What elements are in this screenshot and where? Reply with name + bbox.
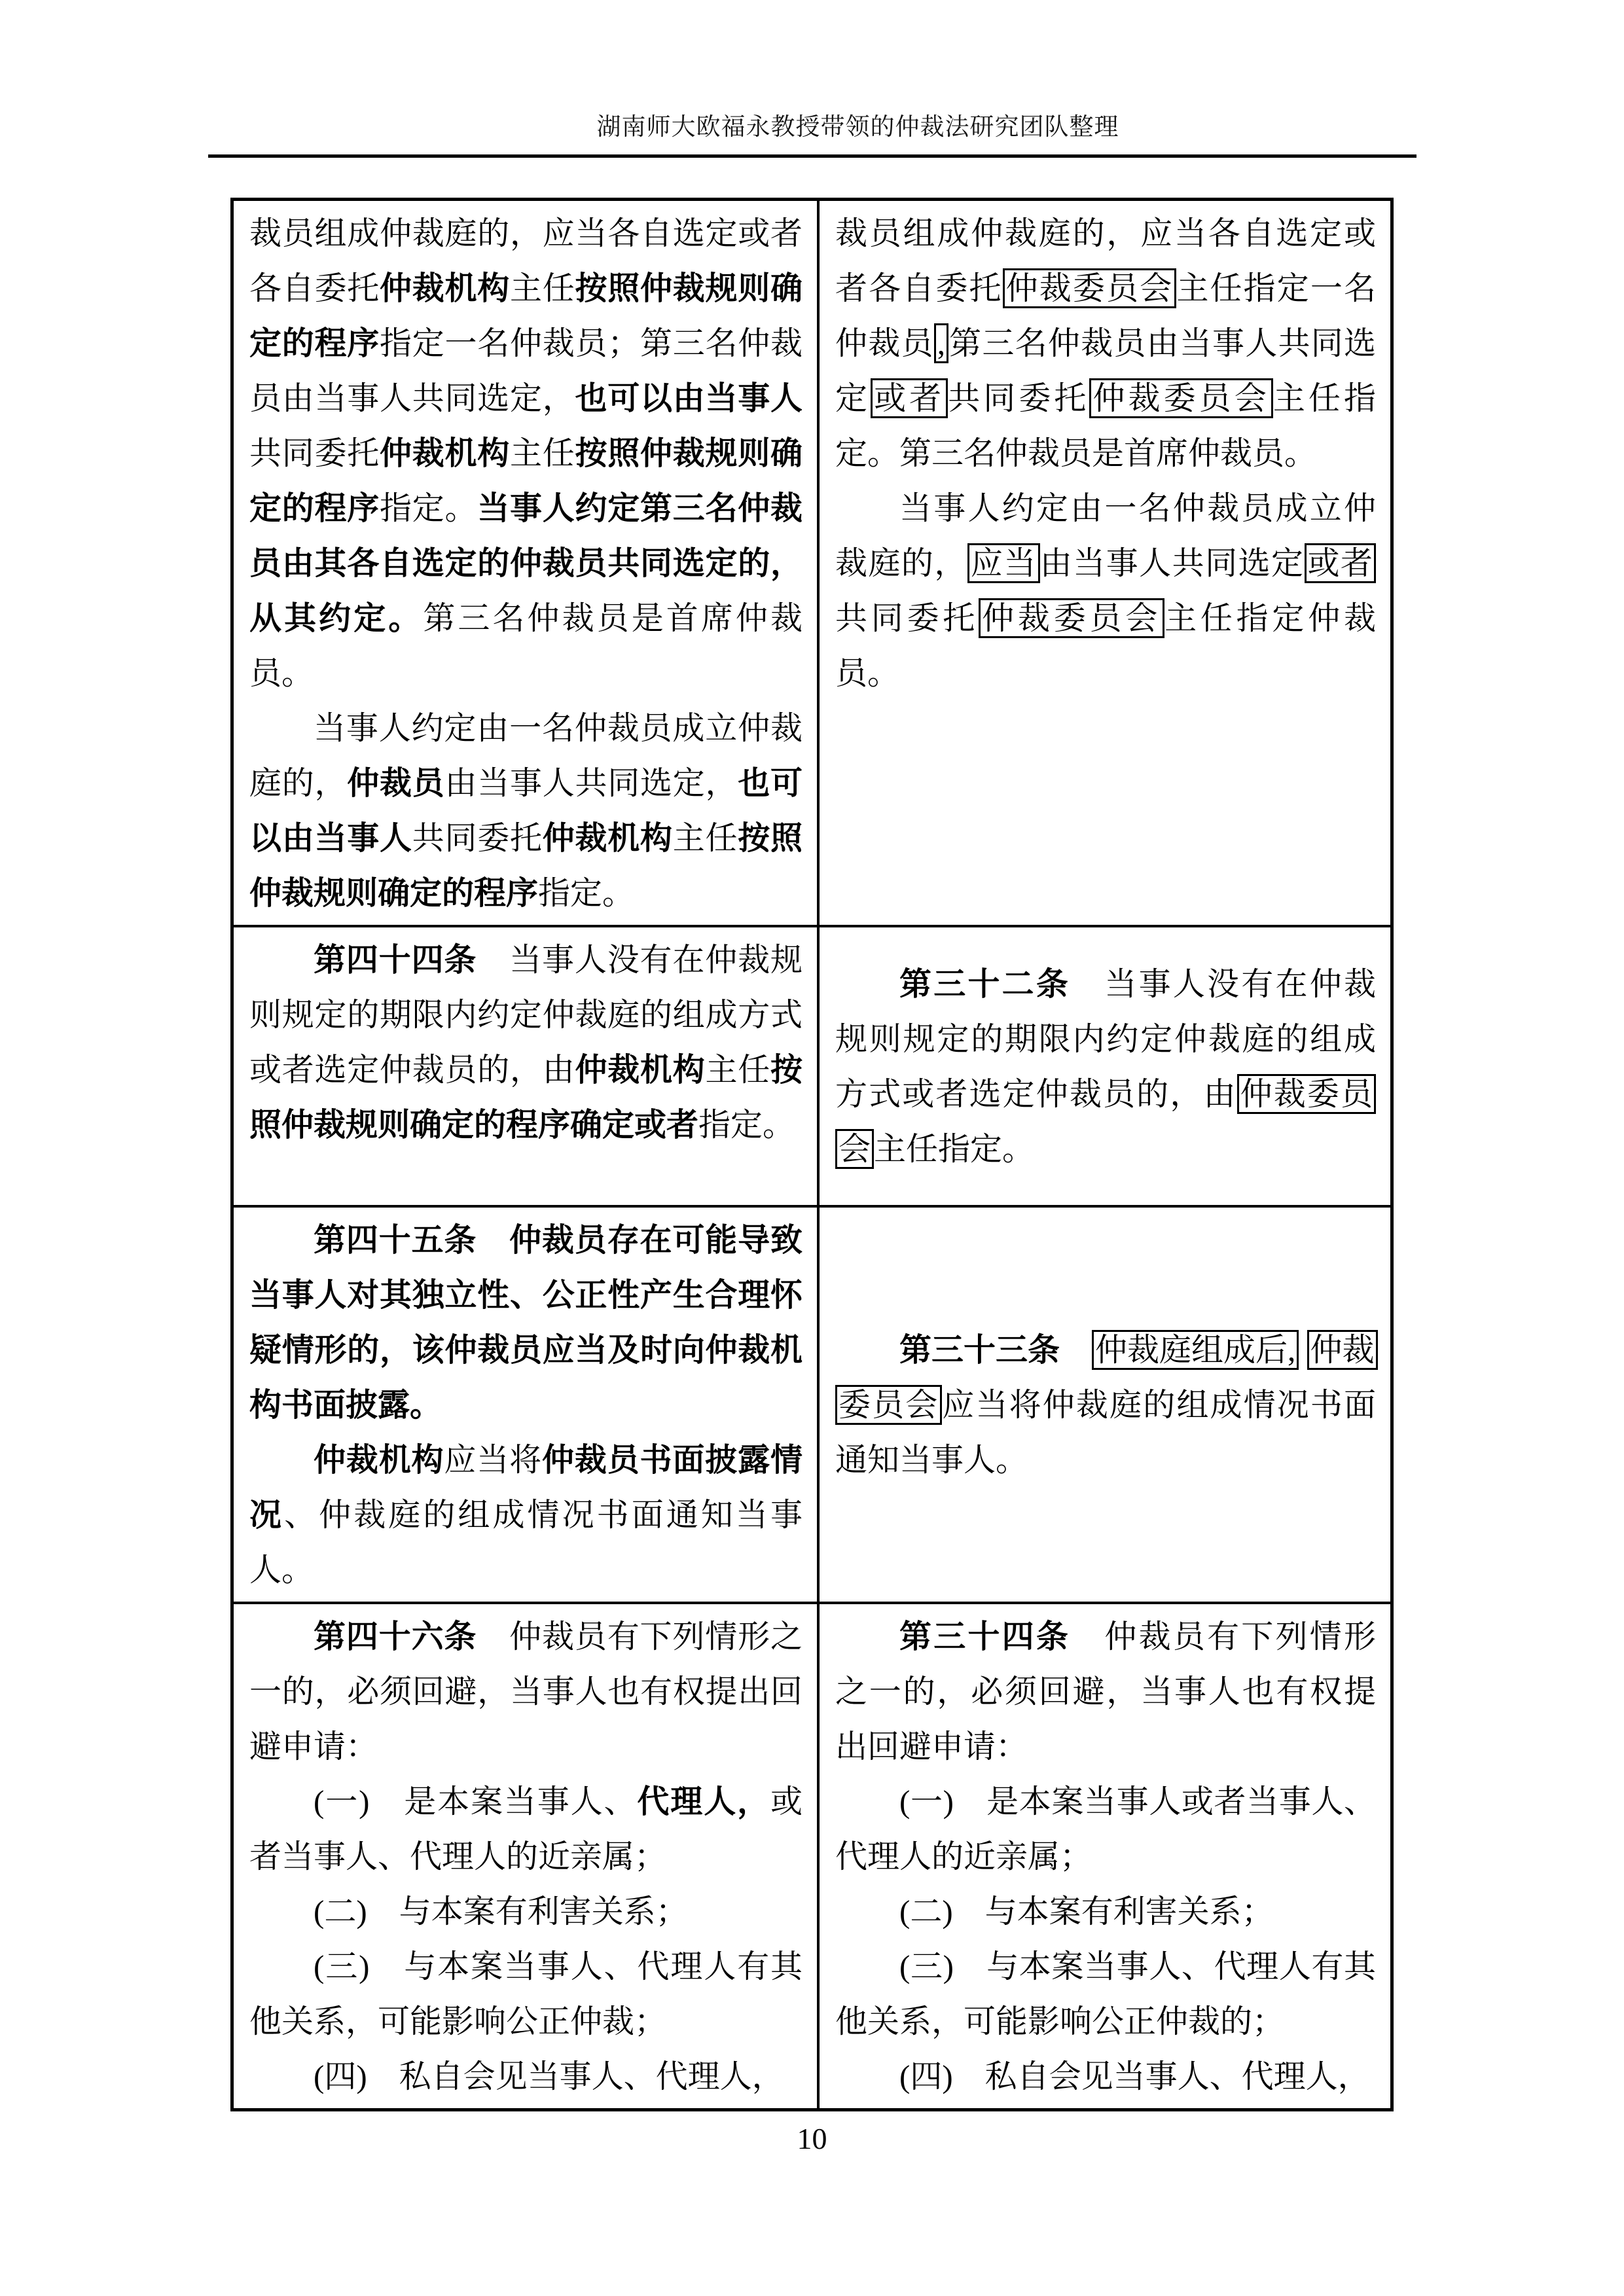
paragraph: (二) 与本案有利害关系； — [835, 1884, 1376, 1939]
paragraph: (四) 私自会见当事人、代理人， — [835, 2049, 1376, 2104]
table-row-1: 裁员组成仲裁庭的，应当各自选定或者各自委托仲裁机构主任按照仲裁规则确定的程序指定… — [234, 201, 1390, 927]
boxed-text-segment: 仲裁委员会 — [1089, 378, 1272, 418]
paragraph: 第四十四条 当事人没有在仲裁规则规定的期限内约定仲裁庭的组成方式或者选定仲裁员的… — [249, 933, 803, 1153]
text-segment: 由当事人共同选定 — [1040, 545, 1305, 581]
paragraph: 第四十六条 仲裁员有下列情形之一的，必须回避，当事人也有权提出回避申请： — [249, 1609, 803, 1774]
bold-text-segment: 第三十三条 — [899, 1332, 1092, 1368]
bold-text-segment: 代理人， — [637, 1784, 770, 1820]
text-segment: 指定。 — [698, 1107, 795, 1143]
boxed-text-segment: , — [934, 323, 948, 363]
bold-text-segment: 仲裁机构 — [380, 435, 510, 471]
bold-text-segment: 第四十四条 — [314, 942, 509, 978]
text-segment: 、仲裁庭的组成情况书面通知当事人。 — [249, 1497, 803, 1588]
paragraph: 仲裁机构应当将仲裁员书面披露情况、仲裁庭的组成情况书面通知当事人。 — [249, 1433, 803, 1598]
table-cell-row1-right: 裁员组成仲裁庭的，应当各自选定或者各自委托仲裁委员会主任指定一名仲裁员,第三名仲… — [817, 201, 1390, 925]
paragraph: (一) 是本案当事人、代理人，或者当事人、代理人的近亲属； — [249, 1774, 803, 1884]
text-segment: 主任 — [705, 1052, 770, 1088]
paragraph: 当事人约定由一名仲裁员成立仲裁庭的，应当由当事人共同选定或者共同委托仲裁委员会主… — [835, 481, 1376, 701]
text-segment: (四) 私自会见当事人、代理人， — [314, 2058, 784, 2094]
paragraph: (四) 私自会见当事人、代理人， — [249, 2049, 803, 2104]
page-number: 10 — [0, 2119, 1624, 2159]
paragraph: 第四十五条 仲裁员存在可能导致当事人对其独立性、公正性产生合理怀疑情形的，该仲裁… — [249, 1213, 803, 1433]
boxed-text-segment: 或者 — [1305, 543, 1376, 583]
text-segment: 应当将 — [444, 1442, 542, 1478]
bold-text-segment: 仲裁机构 — [314, 1442, 444, 1478]
text-segment: 共同委托 — [835, 600, 979, 636]
boxed-text-segment: 仲裁庭组成后, — [1092, 1330, 1299, 1370]
text-segment: 共同委托 — [412, 820, 543, 856]
bold-text-segment: 仲裁机构 — [575, 1052, 705, 1088]
paragraph: 裁员组成仲裁庭的，应当各自选定或者各自委托仲裁机构主任按照仲裁规则确定的程序指定… — [249, 206, 803, 701]
table-cell-row3-left: 第四十五条 仲裁员存在可能导致当事人对其独立性、公正性产生合理怀疑情形的，该仲裁… — [234, 1208, 817, 1602]
table-row-4: 第四十六条 仲裁员有下列情形之一的，必须回避，当事人也有权提出回避申请：(一) … — [234, 1604, 1390, 2108]
paragraph: (三) 与本案当事人、代理人有其他关系，可能影响公正仲裁的； — [835, 1939, 1376, 2049]
document-page: 湖南师大欧福永教授带领的仲裁法研究团队整理 裁员组成仲裁庭的，应当各自选定或者各… — [0, 0, 1624, 2296]
table-cell-row2-left: 第四十四条 当事人没有在仲裁规则规定的期限内约定仲裁庭的组成方式或者选定仲裁员的… — [234, 927, 817, 1205]
page-header-title: 湖南师大欧福永教授带领的仲裁法研究团队整理 — [597, 111, 1119, 144]
text-segment: 共同委托 — [249, 435, 380, 471]
bold-text-segment: 第三十四条 — [899, 1619, 1104, 1655]
boxed-text-segment: 仲裁委员会 — [1003, 268, 1177, 308]
paragraph: 裁员组成仲裁庭的，应当各自选定或者各自委托仲裁委员会主任指定一名仲裁员,第三名仲… — [835, 206, 1376, 481]
bold-text-segment: 仲裁员 — [347, 765, 444, 801]
text-segment: (二) 与本案有利害关系； — [899, 1893, 1274, 1929]
text-segment: (四) 私自会见当事人、代理人， — [899, 2058, 1370, 2094]
paragraph: 第三十三条 仲裁庭组成后, 仲裁委员会应当将仲裁庭的组成情况书面通知当事人。 — [835, 1323, 1376, 1488]
text-segment: (一) 是本案当事人、 — [314, 1784, 637, 1820]
table-cell-row1-left: 裁员组成仲裁庭的，应当各自选定或者各自委托仲裁机构主任按照仲裁规则确定的程序指定… — [234, 201, 817, 925]
bold-text-segment: 第三十二条 — [899, 966, 1104, 1002]
table-cell-row4-right: 第三十四条 仲裁员有下列情形之一的，必须回避，当事人也有权提出回避申请：(一) … — [817, 1604, 1390, 2108]
boxed-text-segment: 应当 — [967, 543, 1040, 583]
paragraph: (三) 与本案当事人、代理人有其他关系，可能影响公正仲裁； — [249, 1939, 803, 2049]
text-segment: (三) 与本案当事人、代理人有其他关系，可能影响公正仲裁的； — [835, 1948, 1376, 2039]
table-cell-row2-right: 第三十二条 当事人没有在仲裁规则规定的期限内约定仲裁庭的组成方式或者选定仲裁员的… — [817, 927, 1390, 1205]
text-segment: 主任 — [510, 435, 575, 471]
bold-text-segment: 第四十五条 仲裁员存在可能导致当事人对其独立性、公正性产生合理怀疑情形的，该仲裁… — [249, 1222, 803, 1423]
bold-text-segment: 第四十六条 — [314, 1619, 509, 1655]
boxed-text-segment: 仲裁委员会 — [979, 598, 1164, 638]
paragraph: (二) 与本案有利害关系； — [249, 1884, 803, 1939]
paragraph: 第三十四条 仲裁员有下列情形之一的，必须回避，当事人也有权提出回避申请： — [835, 1609, 1376, 1774]
text-segment: 主任 — [673, 820, 738, 856]
paragraph: 当事人约定由一名仲裁员成立仲裁庭的，仲裁员由当事人共同选定，也可以由当事人共同委… — [249, 701, 803, 921]
text-segment: 主任 — [510, 270, 575, 306]
text-segment — [1299, 1332, 1307, 1368]
bold-text-segment: 仲裁机构 — [543, 820, 673, 856]
text-segment: 指定。 — [380, 490, 477, 526]
paragraph: 第三十二条 当事人没有在仲裁规则规定的期限内约定仲裁庭的组成方式或者选定仲裁员的… — [835, 957, 1376, 1177]
table-row-3: 第四十五条 仲裁员存在可能导致当事人对其独立性、公正性产生合理怀疑情形的，该仲裁… — [234, 1208, 1390, 1604]
bold-text-segment: 也可以由当事人 — [575, 380, 803, 416]
text-segment: 由当事人共同选定， — [445, 765, 738, 801]
text-segment: (三) 与本案当事人、代理人有其他关系，可能影响公正仲裁； — [249, 1948, 803, 2039]
comparison-table: 裁员组成仲裁庭的，应当各自选定或者各自委托仲裁机构主任按照仲裁规则确定的程序指定… — [230, 198, 1394, 2111]
boxed-text-segment: 或者 — [871, 378, 948, 418]
table-cell-row4-left: 第四十六条 仲裁员有下列情形之一的，必须回避，当事人也有权提出回避申请：(一) … — [234, 1604, 817, 2108]
text-segment: 共同委托 — [948, 380, 1089, 416]
table-row-2: 第四十四条 当事人没有在仲裁规则规定的期限内约定仲裁庭的组成方式或者选定仲裁员的… — [234, 927, 1390, 1208]
text-segment: (二) 与本案有利害关系； — [314, 1893, 688, 1929]
text-segment: (一) 是本案当事人或者当事人、代理人的近亲属； — [835, 1784, 1376, 1874]
header-rule — [208, 154, 1416, 158]
text-segment: 主任指定。 — [874, 1131, 1034, 1167]
bold-text-segment: 仲裁机构 — [380, 270, 510, 306]
table-cell-row3-right: 第三十三条 仲裁庭组成后, 仲裁委员会应当将仲裁庭的组成情况书面通知当事人。 — [817, 1208, 1390, 1602]
paragraph: (一) 是本案当事人或者当事人、代理人的近亲属； — [835, 1774, 1376, 1884]
text-segment: 指定。 — [538, 875, 634, 911]
